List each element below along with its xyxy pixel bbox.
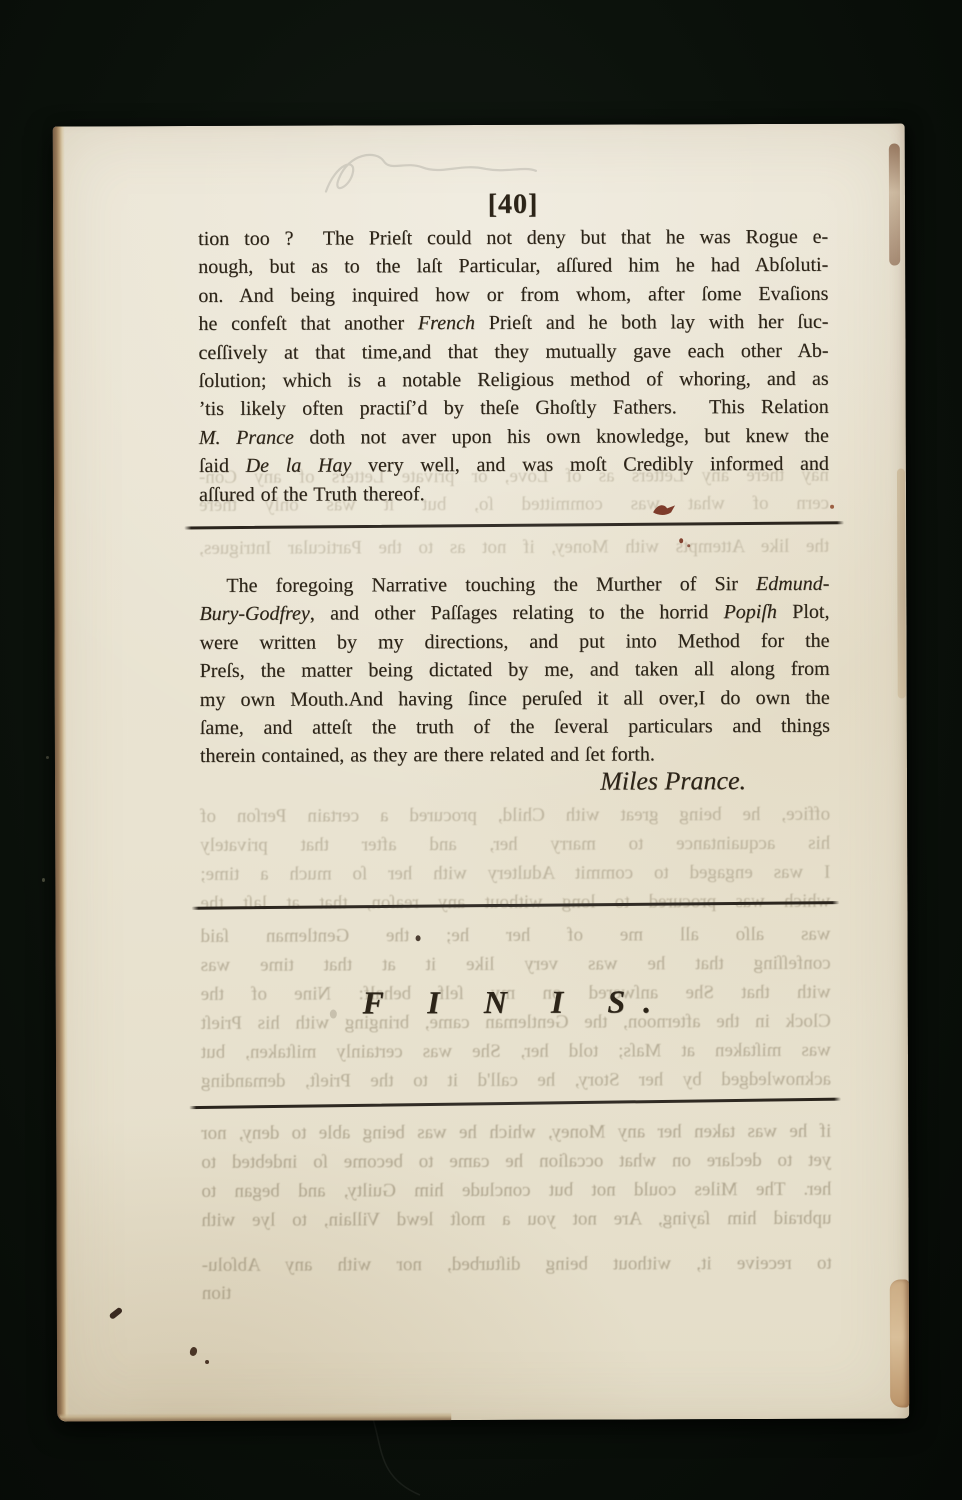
text-line: ſaid De la Hay very well, and was moſt C… — [199, 450, 829, 481]
divider-rule-3 — [189, 1098, 841, 1110]
bleedthrough-line: acknowledged by her Story, he call'd it … — [201, 1065, 831, 1096]
bleedthrough-line: yet to declare on what occaſion he came … — [201, 1146, 831, 1177]
divider-rule-1 — [184, 521, 844, 529]
bleedthrough-text: office, he being great with Child, procu… — [200, 800, 830, 918]
text-line: Bury-Godfrey, and other Paſſages relatin… — [199, 598, 829, 629]
text-line: ſame, and atteſt the truth of the ſevera… — [200, 712, 830, 743]
text-line: he confeſt that another French Prieſt an… — [198, 308, 828, 339]
dust-speck — [46, 756, 49, 759]
red-ink-speck — [687, 544, 690, 547]
bleedthrough-line: her. The Miles could not but conclude hi… — [201, 1175, 831, 1206]
red-ink-mark — [650, 500, 680, 518]
ink-spot — [416, 935, 421, 941]
page-bottom-edge — [59, 1412, 451, 1421]
page-number: [40] — [198, 188, 828, 222]
book-page: [40] nay there any Letters as of Love, o… — [53, 124, 910, 1422]
red-ink-speck — [679, 538, 683, 543]
dust-speck — [42, 878, 45, 882]
text-line: aſſured of the Truth thereof. — [199, 478, 829, 509]
smudge — [330, 1010, 337, 1019]
edge-chip — [897, 469, 906, 699]
signature: Miles Prance. — [200, 764, 830, 800]
bleedthrough-line: was alſo all me of her he; the Gentleman… — [201, 920, 831, 951]
bleedthrough-text: the like Attempts with Money, if not as … — [199, 532, 829, 563]
ink-spot — [109, 1307, 124, 1320]
bleedthrough-text: if he was taken her any Money, which he … — [201, 1117, 831, 1235]
text-line: M. Prance doth not aver upon his own kno… — [199, 422, 829, 453]
finis-text: F I N I S. — [201, 980, 831, 1024]
bleedthrough-line: his acquaintance to marry her, and after… — [200, 829, 830, 860]
bleedthrough-line: confeſſing that he was very like it at t… — [201, 949, 831, 980]
text-line: nough, but as to the laſt Particular, aſ… — [198, 251, 828, 282]
bleedthrough-line: office, he being great with Child, procu… — [200, 800, 830, 831]
bleedthrough-line: tion — [202, 1278, 832, 1308]
bleedthrough-line: to receive it, without being diſturbed, … — [202, 1250, 832, 1280]
ink-spot — [205, 1360, 209, 1364]
book-photo: [40] nay there any Letters as of Love, o… — [0, 0, 962, 1500]
attestation-paragraph: The foregoing Narrative touching the Mur… — [199, 570, 830, 771]
signature-text: Miles Prance. — [600, 764, 746, 799]
text-line: on. And being inquired how or from whom,… — [198, 280, 828, 311]
text-line: ſolution; which is a notable Religious m… — [199, 365, 829, 396]
bleedthrough-line: I was engaged to commit Adultery with he… — [200, 858, 830, 889]
text-line: ceſſively at that time,and that they mut… — [198, 336, 828, 367]
text-line: were written by my directions, and put i… — [199, 627, 829, 658]
text-line: Preſs, the matter being dictated by me, … — [200, 655, 830, 686]
text-line: The foregoing Narrative touching the Mur… — [199, 570, 829, 601]
bleedthrough-line: if he was taken her any Money, which he … — [201, 1117, 831, 1148]
bleedthrough-line: the like Attempts with Money, if not as … — [199, 532, 829, 563]
ink-spot — [189, 1346, 199, 1357]
text-line: my own Mouth.And having ſince peruſed it… — [200, 683, 830, 714]
edge-chip — [890, 1280, 909, 1408]
page-stack-edge — [53, 126, 70, 1421]
text-line: ’tis likely often practiſ’d by theſe Gho… — [199, 393, 829, 424]
bleedthrough-text: to receive it, without being diſturbed, … — [202, 1250, 832, 1308]
foxing-spot — [830, 505, 834, 509]
bleedthrough-line: was miſtaken at Maſs; told her, She was … — [201, 1036, 831, 1067]
paragraph-continuation: tion too ? The Prieſt could not deny but… — [198, 223, 829, 509]
bleedthrough-line: upbraid him ſaying, Are not you a moſt l… — [202, 1204, 832, 1235]
edge-chip — [889, 144, 900, 266]
text-line: tion too ? The Prieſt could not deny but… — [198, 223, 828, 254]
